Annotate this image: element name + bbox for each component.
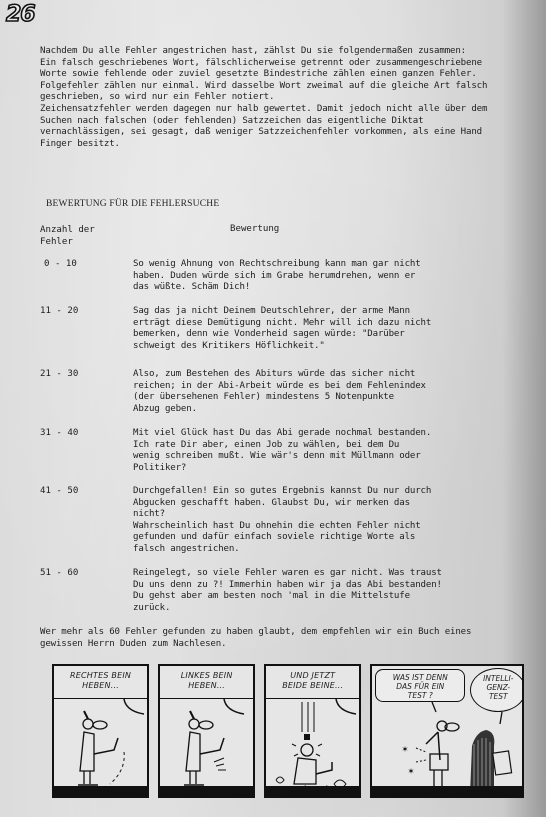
intro-line: Nachdem Du alle Fehler angestrichen hast…	[40, 46, 487, 58]
rating-text: So wenig Ahnung von Rechtschreibung kann…	[133, 259, 421, 294]
column-header-count: Anzahl der Fehler	[40, 224, 95, 248]
intro-line: Worte sowie fehlende oder zuviel gesetzt…	[40, 69, 487, 81]
figure-raising-left-leg-illustration	[160, 666, 255, 798]
error-range: 41 - 50	[40, 486, 120, 496]
comic-panel-3: UND JETZT BEIDE BEINE...	[264, 664, 361, 798]
svg-text:✶: ✶	[402, 744, 408, 755]
comic-panel-1: RECHTES BEIN HEBEN...	[52, 664, 149, 798]
comic-panel-2: LINKES BEIN HEBEN...	[158, 664, 255, 798]
error-range: 11 - 20	[40, 306, 120, 316]
panel-ground	[372, 786, 522, 796]
intro-line: Ein falsch geschriebenes Wort, fälschlic…	[40, 58, 487, 70]
outro-line: Wer mehr als 60 Fehler gefunden zu haben…	[40, 627, 471, 639]
section-title: BEWERTUNG FÜR DIE FEHLERSUCHE	[46, 199, 219, 209]
panel-ground	[266, 786, 359, 796]
figure-raising-right-leg-illustration	[54, 666, 149, 798]
error-range: 21 - 30	[40, 369, 120, 379]
intro-paragraph: Nachdem Du alle Fehler angestrichen hast…	[40, 46, 487, 150]
rating-text: Durchgefallen! Ein so gutes Ergebnis kan…	[133, 486, 431, 556]
page-number: 26	[6, 2, 35, 27]
figure-falling-illustration	[266, 666, 361, 798]
comic-strip: RECHTES BEIN HEBEN... LINKES BEIN HEBEN.…	[52, 664, 524, 804]
error-range: 51 - 60	[40, 568, 120, 578]
intro-line: geschrieben, so wird nur ein Fehler noti…	[40, 92, 487, 104]
rating-text: Mit viel Glück hast Du das Abi gerade no…	[133, 428, 431, 474]
error-range: 31 - 40	[40, 428, 120, 438]
outro-paragraph: Wer mehr als 60 Fehler gefunden zu haben…	[40, 627, 471, 650]
comic-panel-4: WAS IST DENN DAS FÜR EIN TEST ? INTELLI-…	[370, 664, 524, 798]
outro-line: gewissen Herrn Duden zum Nachlesen.	[40, 639, 471, 651]
rating-text: Also, zum Bestehen des Abiturs würde das…	[133, 369, 426, 415]
svg-text:✶: ✶	[408, 766, 414, 777]
intro-line: Finger besitzt.	[40, 139, 487, 151]
panel-ground	[54, 786, 147, 796]
intro-line: Suchen nach falschen (oder fehlenden) Sa…	[40, 116, 487, 128]
rating-text: Reingelegt, so viele Fehler waren es gar…	[133, 568, 442, 614]
figure-and-tester-illustration: ✶ ✶	[372, 666, 524, 798]
intro-line: vernachlässigen, sei gesagt, daß weniger…	[40, 127, 487, 139]
intro-line: Folgefehler zählen nur einmal. Wird dass…	[40, 81, 487, 93]
panel-ground	[160, 786, 253, 796]
intro-line: Zeichensatzfehler werden dagegen nur hal…	[40, 104, 487, 116]
rating-text: Sag das ja nicht Deinem Deutschlehrer, d…	[133, 306, 431, 352]
error-range: 0 - 10	[44, 259, 124, 269]
column-header-rating: Bewertung	[230, 224, 279, 234]
